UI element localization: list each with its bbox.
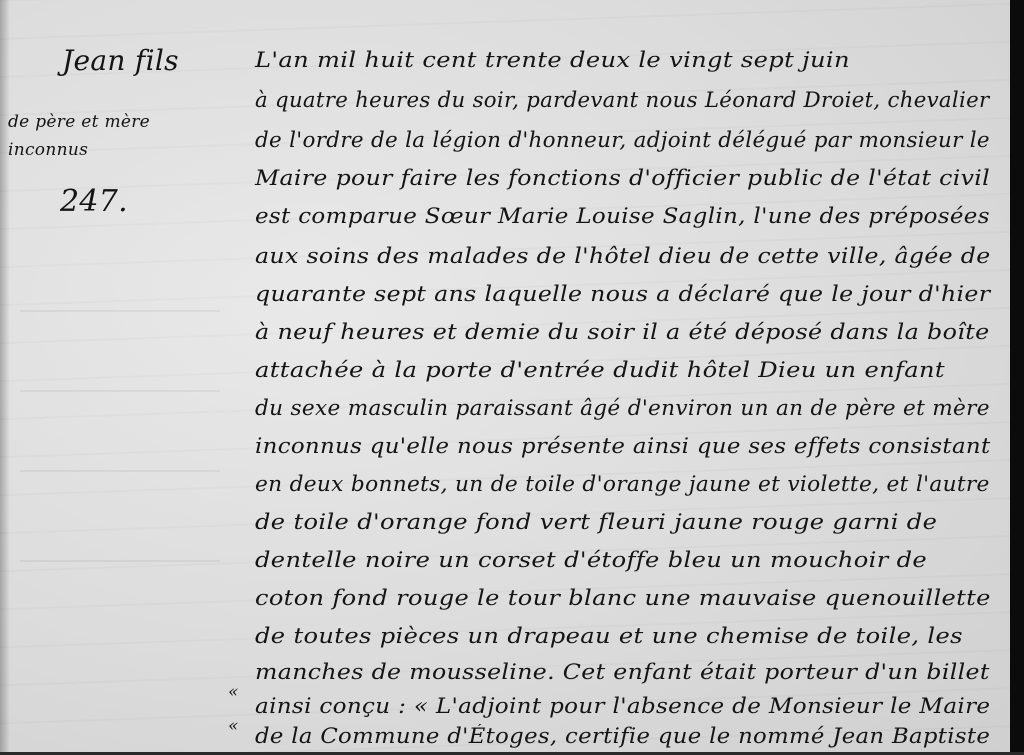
body-line: de toile d'orange fond vert fleuri jaune… bbox=[255, 510, 937, 534]
body-line: Maire pour faire les fonctions d'officie… bbox=[255, 166, 990, 190]
body-line: manches de mousseline. Cet enfant était … bbox=[255, 660, 990, 684]
body-line: du sexe masculin paraissant âgé d'enviro… bbox=[255, 396, 990, 420]
body-line: en deux bonnets, un de toile d'orange ja… bbox=[255, 472, 990, 496]
margin-note-line-1: de père et mère bbox=[8, 112, 150, 132]
body-line: L'an mil huit cent trente deux le vingt … bbox=[255, 48, 850, 72]
margin-child-name: Jean fils bbox=[62, 44, 179, 77]
body-line: à neuf heures et demie du soir il a été … bbox=[255, 320, 990, 344]
margin-note-line-2: inconnus bbox=[8, 140, 88, 160]
body-line: de l'ordre de la légion d'honneur, adjoi… bbox=[255, 128, 990, 152]
scan-border-right bbox=[1010, 0, 1024, 755]
marginal-quote-mark: « bbox=[228, 716, 239, 736]
body-line: aux soins des malades de l'hôtel dieu de… bbox=[255, 244, 991, 268]
body-line: est comparue Sœur Marie Louise Saglin, l… bbox=[255, 204, 990, 228]
bleed-through-line bbox=[20, 560, 220, 562]
body-line: coton fond rouge le tour blanc une mauva… bbox=[255, 586, 991, 610]
marginal-quote-mark: « bbox=[228, 682, 239, 702]
document-scan: Jean fils de père et mère inconnus 247. … bbox=[0, 0, 1010, 752]
bleed-through-line bbox=[20, 390, 220, 392]
body-line: de toutes pièces un drapeau et une chemi… bbox=[255, 624, 963, 648]
body-line: attachée à la porte d'entrée dudit hôtel… bbox=[255, 358, 945, 382]
bleed-through-line bbox=[20, 470, 220, 472]
body-line: à quatre heures du soir, pardevant nous … bbox=[255, 88, 989, 112]
body-line: ainsi conçu : « L'adjoint pour l'absence… bbox=[255, 694, 990, 718]
entry-number: 247. bbox=[60, 184, 128, 219]
body-line: inconnus qu'elle nous présente ainsi que… bbox=[255, 434, 990, 458]
body-line: de la Commune d'Étoges, certifie que le … bbox=[255, 724, 990, 748]
body-line: quarante sept ans laquelle nous a déclar… bbox=[255, 282, 990, 306]
body-line: dentelle noire un corset d'étoffe bleu u… bbox=[255, 548, 927, 572]
bleed-through-line bbox=[20, 310, 220, 312]
